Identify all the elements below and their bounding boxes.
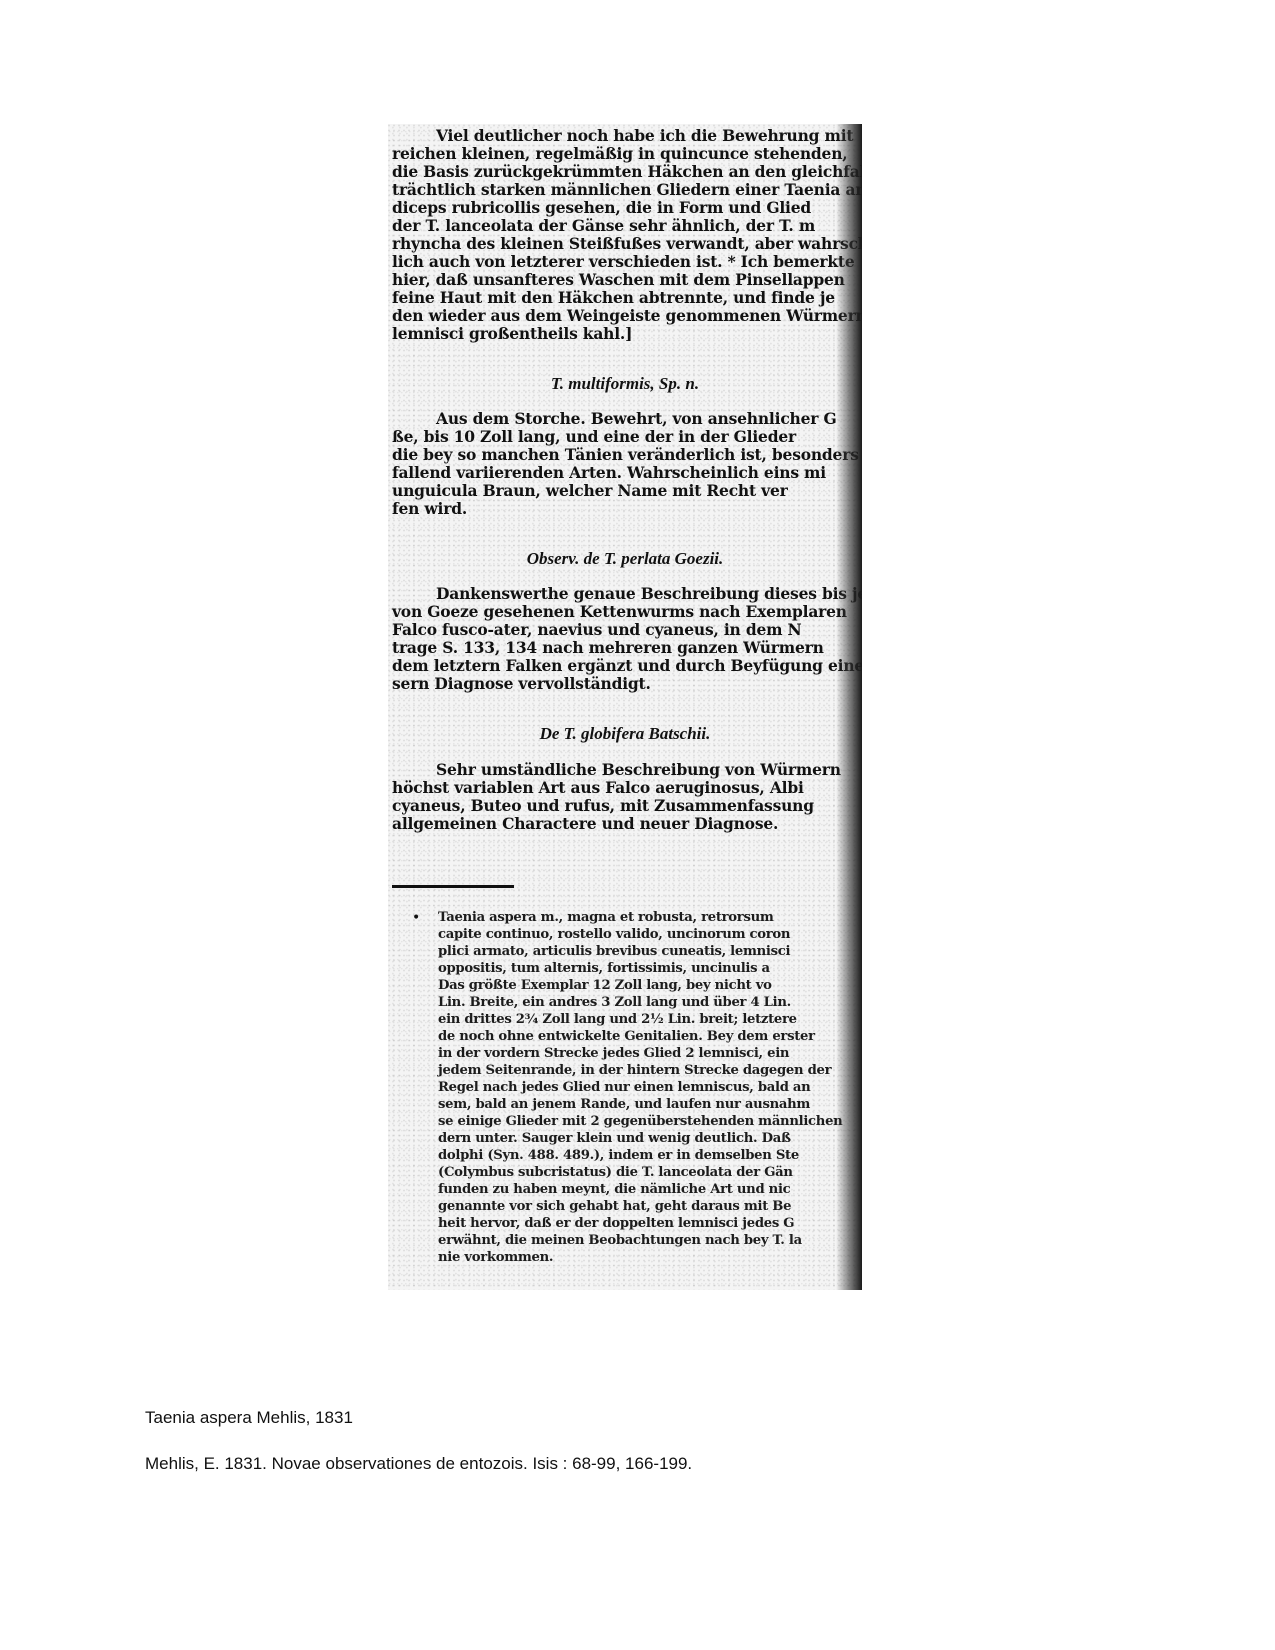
text-line: sern Diagnose vervollständigt. [392,674,651,693]
text-line: Falco fusco-ater, naevius und cyaneus, i… [392,620,802,639]
footnote-line: Lin. Breite, ein andres 3 Zoll lang und … [438,995,791,1010]
text-line: die bey so manchen Tänien veränderlich i… [392,445,859,464]
text-line: cyaneus, Buteo und rufus, mit Zusammenfa… [392,796,814,815]
footnote-line: de noch ohne entwickelte Genitalien. Bey… [438,1029,815,1044]
text-line: lich auch von letzterer verschieden ist.… [392,252,855,271]
footnote-line: nie vorkommen. [438,1250,553,1265]
text-line: fen wird. [392,499,467,518]
footnote-line: plici armato, articulis brevibus cuneati… [438,944,790,959]
footnote-line: capite continuo, rostello valido, uncino… [438,927,790,942]
footnote-line: erwähnt, die meinen Beobachtungen nach b… [438,1233,802,1248]
text-line: Aus dem Storche. Bewehrt, von ansehnlich… [436,409,836,428]
text-line: ße, bis 10 Zoll lang, und eine der in de… [392,427,796,446]
text-line: trächtlich starken männlichen Gliedern e… [392,180,862,199]
section-heading-globifera: De T. globifera Batschii. [388,724,862,744]
text-line: feine Haut mit den Häkchen abtrennte, un… [392,288,835,307]
footnote-line: dolphi (Syn. 488. 489.), indem er in dem… [438,1148,799,1163]
footnote-line: oppositis, tum alternis, fortissimis, un… [438,961,770,976]
text-line: Viel deutlicher noch habe ich die Bewehr… [436,126,853,145]
section-heading-perlata: Observ. de T. perlata Goezii. [388,549,862,569]
text-line: reichen kleinen, regelmäßig in quincunce… [392,144,847,163]
footnote-line: funden zu haben meynt, die nämliche Art … [438,1182,790,1197]
species-caption: Taenia aspera Mehlis, 1831 [145,1408,353,1428]
text-line: den wieder aus dem Weingeiste genommenen… [392,306,862,325]
scanned-page-image: Viel deutlicher noch habe ich die Bewehr… [388,124,862,1290]
text-line: höchst variablen Art aus Falco aeruginos… [392,778,804,797]
footnote-line: Regel nach jedes Glied nur einen lemnisc… [438,1080,810,1095]
text-line: dem letztern Falken ergänzt und durch Be… [392,656,862,675]
footnote-line: Das größte Exemplar 12 Zoll lang, bey ni… [438,978,772,993]
text-line: der T. lanceolata der Gänse sehr ähnlich… [392,216,815,235]
footnote-line: heit hervor, daß er der doppelten lemnis… [438,1216,794,1231]
text-line: Dankenswerthe genaue Beschreibung dieses… [436,584,862,603]
text-line: unguicula Braun, welcher Name mit Recht … [392,481,788,500]
footnote-line: in der vordern Strecke jedes Glied 2 lem… [438,1046,789,1061]
citation-caption: Mehlis, E. 1831. Novae observationes de … [145,1454,692,1474]
footnote-line: se einige Glieder mit 2 gegenüberstehend… [438,1114,842,1129]
footnote-marker: • [412,910,420,926]
text-line: die Basis zurückgekrümmten Häkchen an de… [392,162,862,181]
page-binding-shadow [836,124,862,1290]
text-line: allgemeinen Charactere und neuer Diagnos… [392,814,778,833]
footnote-divider [392,885,514,888]
footnote-line: ein drittes 2¾ Zoll lang und 2½ Lin. bre… [438,1012,797,1027]
text-line: trage S. 133, 134 nach mehreren ganzen W… [392,638,824,657]
text-line: hier, daß unsanfteres Waschen mit dem Pi… [392,270,845,289]
footnote-line: dern unter. Sauger klein und wenig deutl… [438,1131,791,1146]
text-line: diceps rubricollis gesehen, die in Form … [392,198,811,217]
footnote-line: genannte vor sich gehabt hat, geht darau… [438,1199,791,1214]
section-heading-multiformis: T. multiformis, Sp. n. [388,374,862,394]
text-line: Sehr umständliche Beschreibung von Würme… [436,760,841,779]
footnote-line: sem, bald an jenem Rande, und laufen nur… [438,1097,810,1112]
text-line: fallend variierenden Arten. Wahrscheinli… [392,463,826,482]
footnote-line: Taenia aspera m., magna et robusta, retr… [438,910,774,925]
footnote-line: (Colymbus subcristatus) die T. lanceolat… [438,1165,793,1180]
text-line: rhyncha des kleinen Steißfußes verwandt,… [392,234,862,253]
text-line: von Goeze gesehenen Kettenwurms nach Exe… [392,602,847,621]
footnote-line: jedem Seitenrande, in der hintern Streck… [438,1063,831,1078]
text-line: lemnisci großentheils kahl.] [392,324,632,343]
